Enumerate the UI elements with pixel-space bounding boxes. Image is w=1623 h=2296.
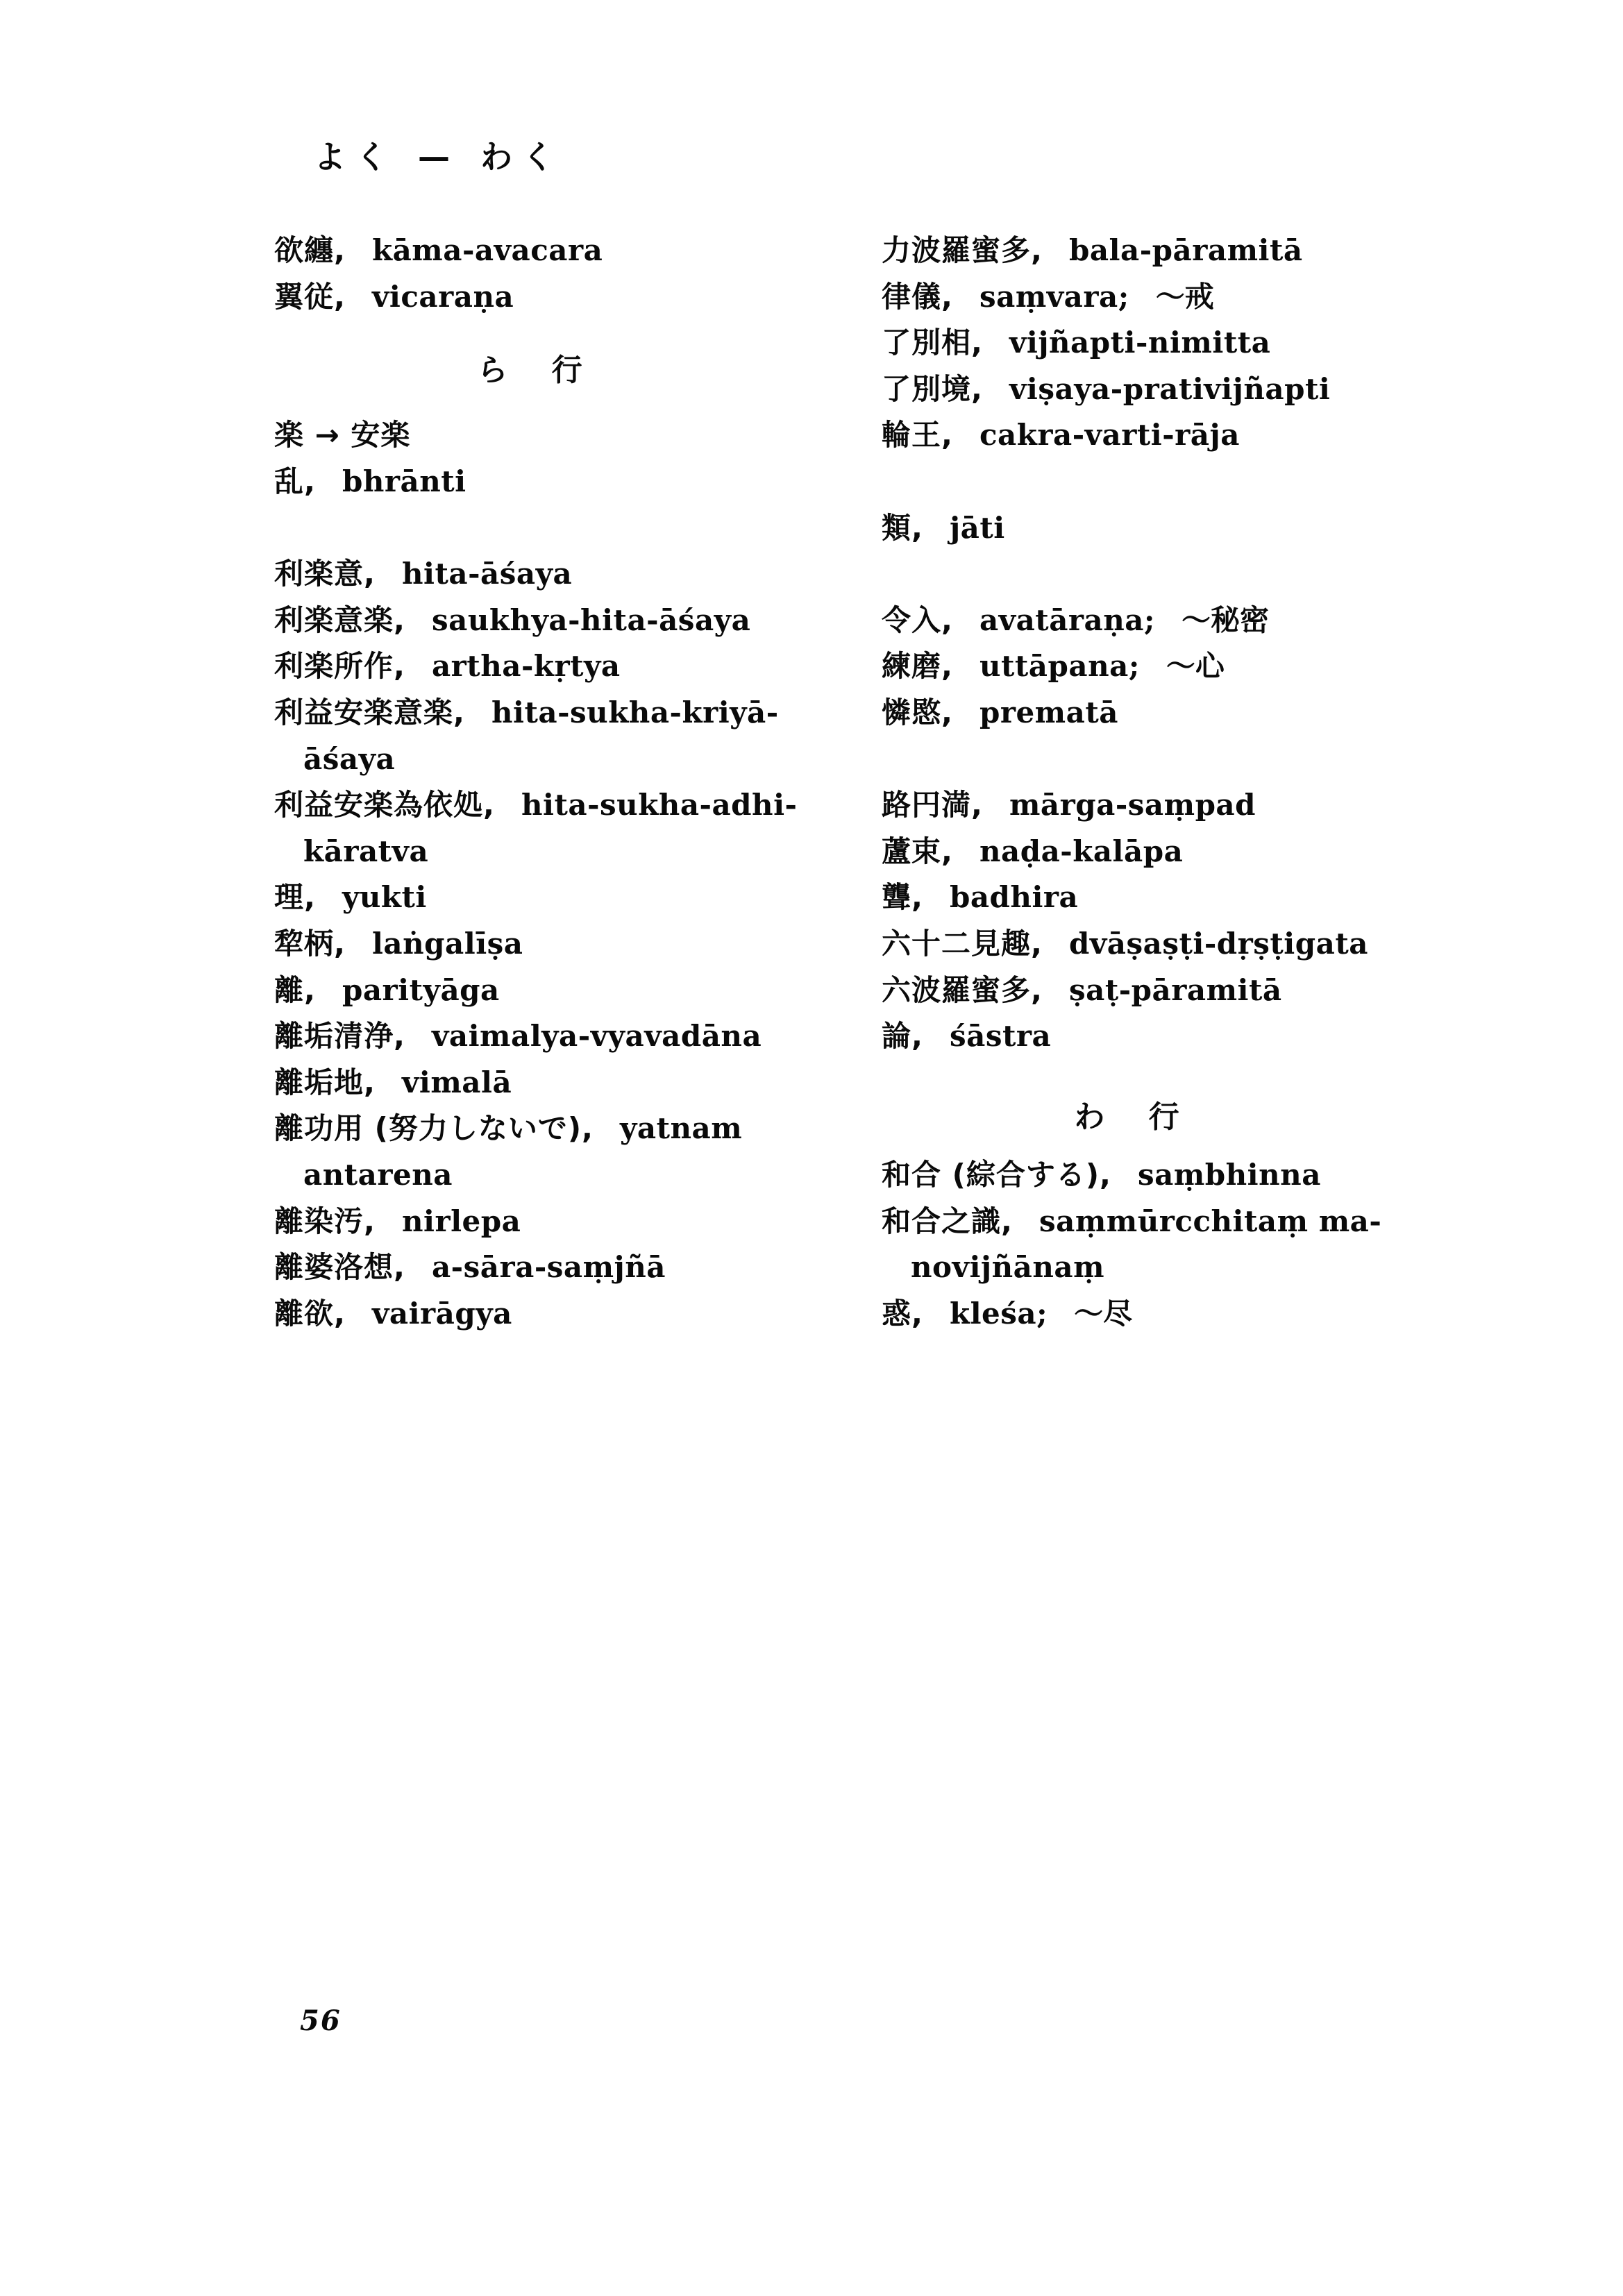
entry-sanskrit: yatnam xyxy=(620,1111,742,1145)
glossary-entry: 翼従,vicaraṇa xyxy=(274,274,514,320)
section-heading: ら 行 xyxy=(274,348,802,394)
entry-term: 了別境, xyxy=(882,372,983,406)
entry-term: 犂柄, xyxy=(274,927,346,961)
entry-term: 惑, xyxy=(882,1297,923,1331)
glossary-entry: 離欲,vairāgya xyxy=(274,1291,512,1337)
entry-sanskrit: hita-sukha-adhi- xyxy=(521,788,798,822)
glossary-entry: 和合 (綜合する),saṃbhinna xyxy=(882,1152,1321,1198)
entry-sanskrit: ṣaṭ-pāramitā xyxy=(1069,973,1282,1007)
entry-term: 類, xyxy=(882,511,923,545)
entry-sanskrit: vairāgya xyxy=(372,1297,512,1331)
entry-sanskrit: śāstra xyxy=(950,1019,1051,1053)
entry-sanskrit: kleśa; xyxy=(950,1297,1048,1331)
entry-term: 令入, xyxy=(882,603,953,637)
entry-compound-suffix: 〜戒 xyxy=(1156,280,1214,314)
glossary-entry: 練磨,uttāpana;〜心 xyxy=(882,643,1225,689)
entry-sanskrit: hita-sukha-kriyā- xyxy=(491,695,779,729)
entry-term: 利益安楽意楽, xyxy=(274,695,465,729)
glossary-entry: 乱,bhrānti xyxy=(274,459,466,505)
entry-compound-suffix: 〜秘密 xyxy=(1181,603,1269,637)
entry-term: 利楽意楽, xyxy=(274,603,405,637)
entry-sanskrit: laṅgalīṣa xyxy=(372,927,523,961)
entry-sanskrit: vicaraṇa xyxy=(372,280,514,314)
entry-sanskrit: kāma-avacara xyxy=(372,233,603,267)
glossary-entry: 律儀,saṃvara;〜戒 xyxy=(882,274,1214,320)
glossary-entry: 利楽意楽,saukhya-hita-āśaya xyxy=(274,598,750,643)
entry-term: 楽 → 安楽 xyxy=(274,418,410,452)
entry-term: 論, xyxy=(882,1019,923,1053)
entry-term: 離, xyxy=(274,973,316,1007)
entry-sanskrit: hita-āśaya xyxy=(402,557,572,591)
entry-sanskrit: vijñapti-nimitta xyxy=(1009,326,1270,360)
glossary-entry: 惑,kleśa;〜尽 xyxy=(882,1291,1132,1337)
entry-sanskrit: badhira xyxy=(950,880,1078,914)
entry-term: 欲纏, xyxy=(274,233,346,267)
glossary-entry: 犂柄,laṅgalīṣa xyxy=(274,921,523,967)
entry-sanskrit: āśaya xyxy=(303,742,395,776)
glossary-entry: 理,yukti xyxy=(274,875,427,920)
entry-term: 乱, xyxy=(274,464,316,498)
glossary-entry: 楽 → 安楽 xyxy=(274,412,410,458)
entry-term: 離垢地, xyxy=(274,1065,376,1099)
entry-term: 和合 (綜合する), xyxy=(882,1158,1111,1192)
entry-sanskrit: saṃmūrcchitaṃ ma- xyxy=(1039,1204,1381,1238)
entry-compound-suffix: 〜尽 xyxy=(1074,1297,1132,1331)
entry-term: 力波羅蜜多, xyxy=(882,233,1043,267)
glossary-entry: 和合之識,saṃmūrcchitaṃ ma- xyxy=(882,1199,1381,1244)
glossary-entry: 離婆洛想,a-sāra-saṃjñā xyxy=(274,1244,666,1290)
entry-term: 離欲, xyxy=(274,1297,346,1331)
entry-term: 和合之識, xyxy=(882,1204,1013,1238)
entry-continuation: antarena xyxy=(303,1152,453,1198)
entry-sanskrit: uttāpana; xyxy=(979,649,1140,683)
glossary-entry: 六波羅蜜多,ṣaṭ-pāramitā xyxy=(882,968,1282,1013)
entry-term: 利楽所作, xyxy=(274,649,405,683)
glossary-entry: 聾,badhira xyxy=(882,875,1078,920)
entry-term: 練磨, xyxy=(882,649,953,683)
glossary-entry: 離,parityāga xyxy=(274,968,500,1013)
entry-term: 六十二見趣, xyxy=(882,927,1043,961)
glossary-entry: 利楽所作,artha-kṛtya xyxy=(274,643,621,689)
entry-term: 六波羅蜜多, xyxy=(882,973,1043,1007)
glossary-entry: 力波羅蜜多,bala-pāramitā xyxy=(882,228,1303,273)
entry-sanskrit: bhrānti xyxy=(342,464,466,498)
entry-term: 離垢清浄, xyxy=(274,1019,405,1053)
entry-sanskrit: vaimalya-vyavadāna xyxy=(432,1019,762,1053)
entry-sanskrit: antarena xyxy=(303,1158,453,1192)
entry-term: 憐愍, xyxy=(882,695,953,729)
glossary-entry: 了別相,vijñapti-nimitta xyxy=(882,320,1270,366)
entry-sanskrit: prematā xyxy=(979,695,1118,729)
entry-term: 離婆洛想, xyxy=(274,1250,405,1284)
entry-term: 了別相, xyxy=(882,326,983,360)
entry-sanskrit: cakra-varti-rāja xyxy=(979,418,1240,452)
entry-term: 離染汚, xyxy=(274,1204,376,1238)
entry-sanskrit: saṃvara; xyxy=(979,280,1129,314)
entry-continuation: novijñānaṃ xyxy=(911,1244,1104,1290)
entry-sanskrit: saukhya-hita-āśaya xyxy=(432,603,750,637)
entry-term: 利楽意, xyxy=(274,557,376,591)
entry-sanskrit: vimalā xyxy=(402,1065,512,1099)
glossary-entry: 離染汚,nirlepa xyxy=(274,1199,521,1244)
entry-sanskrit: nirlepa xyxy=(402,1204,521,1238)
entry-sanskrit: novijñānaṃ xyxy=(911,1250,1104,1284)
entry-term: 利益安楽為依処, xyxy=(274,788,495,822)
glossary-entry: 路円満,mārga-saṃpad xyxy=(882,782,1256,828)
glossary-entry: 利楽意,hita-āśaya xyxy=(274,551,572,597)
entry-term: 聾, xyxy=(882,880,923,914)
entry-sanskrit: yukti xyxy=(342,880,427,914)
glossary-entry: 令入,avatāraṇa;〜秘密 xyxy=(882,598,1269,643)
glossary-entry: 憐愍,prematā xyxy=(882,690,1118,736)
glossary-entry: 離垢清浄,vaimalya-vyavadāna xyxy=(274,1013,762,1059)
dictionary-page: よく — わく 欲纏,kāma-avacara翼従,vicaraṇaら 行楽 →… xyxy=(0,0,1623,2296)
entry-sanskrit: saṃbhinna xyxy=(1138,1158,1321,1192)
entry-sanskrit: a-sāra-saṃjñā xyxy=(432,1250,666,1284)
column-right: 力波羅蜜多,bala-pāramitā律儀,saṃvara;〜戒了別相,vijñ… xyxy=(882,0,1388,1388)
entry-sanskrit: mārga-saṃpad xyxy=(1009,788,1256,822)
glossary-entry: 欲纏,kāma-avacara xyxy=(274,228,603,273)
entry-compound-suffix: 〜心 xyxy=(1166,649,1225,683)
entry-sanskrit: jāti xyxy=(950,511,1005,545)
glossary-entry: 離功用 (努力しないで),yatnam xyxy=(274,1106,742,1151)
entry-sanskrit: parityāga xyxy=(342,973,500,1007)
entry-term: 路円満, xyxy=(882,788,983,822)
section-heading: わ 行 xyxy=(882,1095,1388,1140)
entry-sanskrit: kāratva xyxy=(303,834,428,868)
entry-term: 蘆束, xyxy=(882,834,953,868)
entry-term: 律儀, xyxy=(882,280,953,314)
glossary-entry: 論,śāstra xyxy=(882,1013,1051,1059)
entry-sanskrit: avatāraṇa; xyxy=(979,603,1155,637)
entry-term: 離功用 (努力しないで), xyxy=(274,1111,594,1145)
glossary-entry: 離垢地,vimalā xyxy=(274,1060,512,1106)
glossary-entry: 六十二見趣,dvāṣaṣṭi-dṛṣṭigata xyxy=(882,921,1368,967)
entry-sanskrit: artha-kṛtya xyxy=(432,649,621,683)
glossary-entry: 利益安楽意楽,hita-sukha-kriyā- xyxy=(274,690,779,736)
entry-sanskrit: bala-pāramitā xyxy=(1069,233,1303,267)
glossary-entry: 利益安楽為依処,hita-sukha-adhi- xyxy=(274,782,797,828)
entry-term: 翼従, xyxy=(274,280,346,314)
page-number: 56 xyxy=(300,2004,342,2037)
glossary-entry: 輪王,cakra-varti-rāja xyxy=(882,412,1240,458)
glossary-entry: 類,jāti xyxy=(882,505,1005,551)
entry-sanskrit: naḍa-kalāpa xyxy=(979,834,1183,868)
glossary-entry: 了別境,viṣaya-prativijñapti xyxy=(882,366,1330,412)
entry-continuation: āśaya xyxy=(303,736,395,782)
glossary-entry: 蘆束,naḍa-kalāpa xyxy=(882,829,1183,875)
column-left: 欲纏,kāma-avacara翼従,vicaraṇaら 行楽 → 安楽乱,bhr… xyxy=(274,0,802,1388)
entry-continuation: kāratva xyxy=(303,829,428,875)
entry-term: 理, xyxy=(274,880,316,914)
entry-sanskrit: dvāṣaṣṭi-dṛṣṭigata xyxy=(1069,927,1368,961)
entry-term: 輪王, xyxy=(882,418,953,452)
entry-sanskrit: viṣaya-prativijñapti xyxy=(1009,372,1330,406)
